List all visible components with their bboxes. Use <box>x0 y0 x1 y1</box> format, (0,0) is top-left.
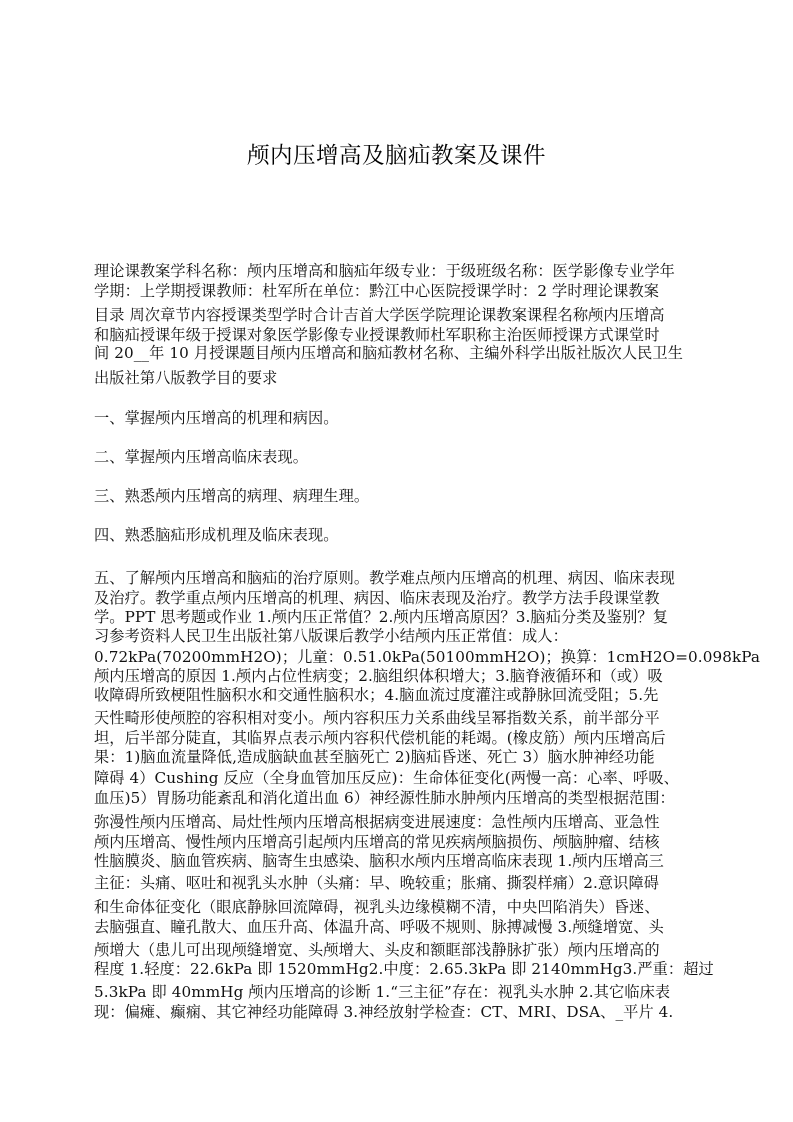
text-line: 障碍 4）Cushing 反应（全身血管加压反应)：生命体征变化(两慢一高：心率… <box>94 769 679 787</box>
text-line: 和脑疝授课年级于授课对象医学影像专业授课教师杜军职称主治医师授课方式课堂时 <box>94 326 660 344</box>
text-line: 目录 周次章节内容授课类型学时合计吉首大学医学院理论课教案课程名称颅内压增高 <box>94 306 665 324</box>
text-line: 四、熟悉脑疝形成机理及临床表现。 <box>94 526 339 544</box>
text-line: 一、掌握颅内压增高的机理和病因。 <box>94 409 339 427</box>
text-line: 和生命体征变化（眼底静脉回流障碍，视乳头边缘模糊不清，中央凹陷消失）昏迷、 <box>94 898 660 916</box>
text-line: 学期：上学期授课教师：杜军所在单位：黔江中心医院授课学时：2 学时理论课教案 <box>94 282 659 300</box>
text-line: 理论课教案学科名称：颅内压增高和脑疝年级专业：于级班级名称：医学影像专业学年 <box>94 262 675 280</box>
text-line: 0.72kPa(70200mmH2O)；儿童：0.51.0kPa(50100mm… <box>94 648 760 666</box>
text-line: 及治疗。教学重点颅内压增高的机理、病因、临床表现及治疗。教学方法手段课堂教 <box>94 589 660 607</box>
text-line: 性脑膜炎、脑血管疾病、脑寄生虫感染、脑积水颅内压增高临床表现 1.颅内压增高三 <box>94 852 664 870</box>
text-line: 主征：头痛、呕吐和视乳头水肿（头痛：早、晚较重；胀痛、撕裂样痛）2.意识障碍 <box>94 874 659 892</box>
text-line: 二、掌握颅内压增高临床表现。 <box>94 448 308 466</box>
text-line: 去脑强直、瞳孔散大、血压升高、体温升高、呼吸不规则、脉搏减慢 3.颅缝增宽、头 <box>94 918 664 936</box>
text-line: 血压)5）胃肠功能紊乱和消化道出血 6）神经源性肺水肿颅内压增高的类型根据范围： <box>94 789 675 807</box>
text-line: 颅增大（患儿可出现颅缝增宽、头颅增大、头皮和额眶部浅静脉扩张）颅内压增高的 <box>94 941 660 959</box>
document-title: 颅内压增高及脑疝教案及课件 <box>0 138 793 170</box>
text-line: 习参考资料人民卫生出版社第八版课后教学小结颅内压正常值：成人： <box>94 627 568 645</box>
text-line: 颅内压增高的原因 1.颅内占位性病变；2.脑组织体积增大；3.脑脊液循环和（或）… <box>94 667 663 685</box>
document-page: 颅内压增高及脑疝教案及课件 理论课教案学科名称：颅内压增高和脑疝年级专业：于级班… <box>0 0 793 1122</box>
text-line: 现：偏瘫、癫痫、其它神经功能障碍 3.神经放射学检查：CT、MRI、DSA、_平… <box>94 1003 673 1021</box>
text-line: 天性畸形使颅腔的容积相对变小。颅内容积压力关系曲线呈幂指数关系，前半部分平 <box>94 709 660 727</box>
text-line: 果：1)脑血流量降低,造成脑缺血甚至脑死亡 2)脑疝昏迷、死亡 3）脑水肿神经功… <box>94 748 655 766</box>
text-line: 学。PPT 思考题或作业 1.颅内压正常值？2.颅内压增高原因？3.脑疝分类及鉴… <box>94 608 668 626</box>
text-line: 五、了解颅内压增高和脑疝的治疗原则。教学难点颅内压增高的机理、病因、临床表现 <box>94 569 675 587</box>
text-line: 间 20__年 10 月授课题目颅内压增高和脑疝教材名称、主编外科学出版社版次人… <box>94 344 683 362</box>
text-line: 收障碍所致梗阻性脑积水和交通性脑积水；4.脑血流过度灌注或静脉回流受阻；5.先 <box>94 686 658 704</box>
text-line: 颅内压增高、慢性颅内压增高引起颅内压增高的常见疾病颅脑损伤、颅脑肿瘤、结核 <box>94 833 660 851</box>
text-line: 程度 1.轻度：22.6kPa 即 1520mmHg2.中度：2.65.3kPa… <box>94 960 714 978</box>
text-line: 坦，后半部分陡直，其临界点表示颅内容积代偿机能的耗竭。(橡皮筋）颅内压增高后 <box>94 729 666 747</box>
text-line: 5.3kPa 即 40mmHg 颅内压增高的诊断 1.“三主征”存在：视乳头水肿… <box>94 983 670 1001</box>
text-line: 三、熟悉颅内压增高的病理、病理生理。 <box>94 487 369 505</box>
text-line: 弥漫性颅内压增高、局灶性颅内压增高根据病变进展速度：急性颅内压增高、亚急性 <box>94 813 660 831</box>
text-line: 出版社第八版教学目的要求 <box>94 369 277 387</box>
